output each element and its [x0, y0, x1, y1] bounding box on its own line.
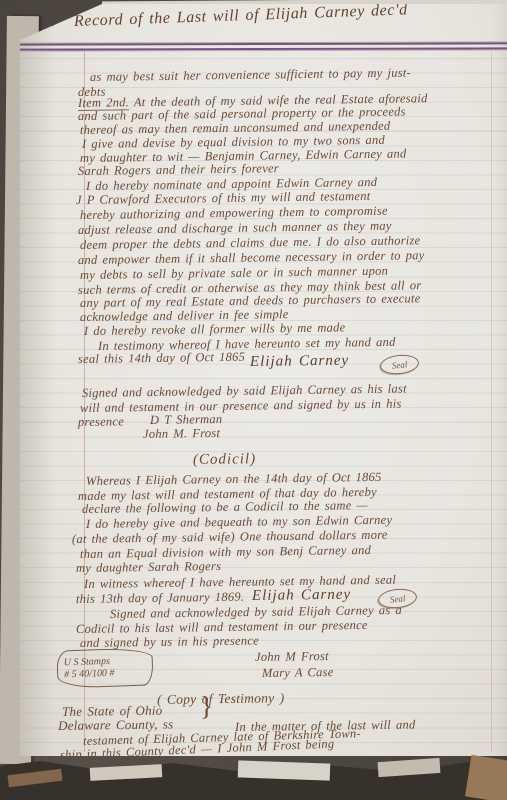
- attestation-line: presence: [78, 415, 124, 429]
- stamp-note-line: # 5 40/100 #: [64, 667, 146, 682]
- attestation-line: and signed by us in his presence: [80, 635, 259, 650]
- testimony-county: Delaware County, ss: [58, 717, 174, 732]
- record-title: Record of the Last will of Elijah Carney…: [74, 3, 408, 28]
- codicil-signature: Elijah Carney: [252, 589, 351, 603]
- torn-paper-fragment: [465, 755, 507, 800]
- codicil-heading: (Codicil): [193, 453, 256, 467]
- header-rule: [20, 41, 507, 51]
- ledger-page: 12 Record of the Last will of Elijah Car…: [20, 4, 507, 756]
- codicil-line: my daughter Sarah Rogers: [76, 560, 221, 575]
- right-margin-line: [491, 52, 492, 752]
- witness-signature: John M Frost: [255, 650, 329, 664]
- witness-signature: Mary A Case: [262, 666, 334, 680]
- testimony-heading: ( Copy of Testimony ): [157, 691, 285, 706]
- witness-signature: John M. Frost: [143, 427, 220, 441]
- seal-label: Seal: [391, 359, 407, 371]
- us-stamps-note: U S Stamps # 5 40/100 #: [56, 647, 153, 688]
- manuscript-line: seal this 14th day of Oct 1865: [78, 351, 245, 366]
- torn-paper-fragment: [238, 760, 331, 780]
- brace-glyph: }: [200, 700, 213, 713]
- will-signature: Elijah Carney: [250, 355, 349, 369]
- witness-signature: D T Sherman: [150, 413, 223, 427]
- codicil-line: this 13th day of January 1869.: [76, 591, 244, 606]
